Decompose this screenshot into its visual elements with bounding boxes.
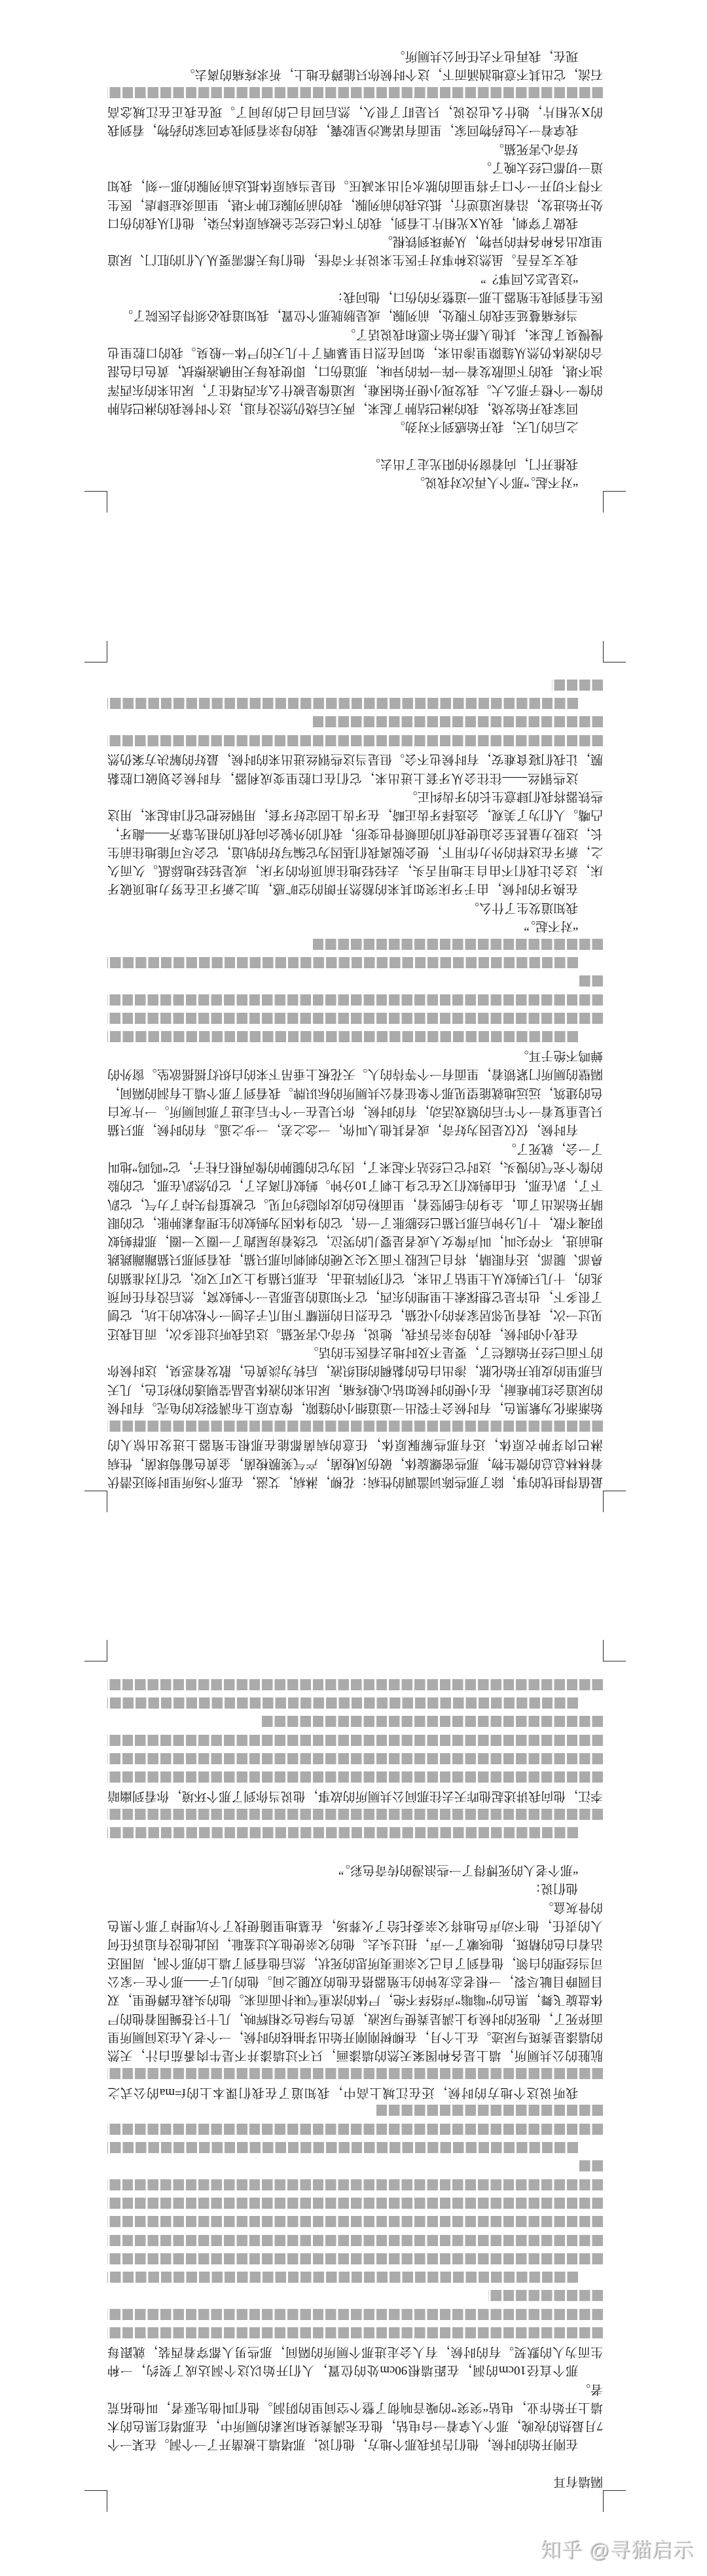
- zhihu-watermark: 知乎 @寻猫启示: [541, 2533, 694, 2563]
- redacted-line: [107, 1009, 603, 1027]
- redaction-bar: [107, 1827, 578, 1838]
- redaction-bar: [107, 1421, 603, 1432]
- text-line: 面猝死了，他死的时候身上满是粪便与尿液，黄色与绿色交相辉映，几十只苍蝇围着他的尸: [107, 2008, 603, 2027]
- redaction-bar: [311, 939, 603, 950]
- redacted-line: [107, 2194, 603, 2212]
- crop-mark-top-left: [603, 491, 626, 513]
- redaction-bar: [107, 698, 578, 709]
- redaction-bar: [107, 1771, 603, 1783]
- text-line: 蝉鸣不绝于耳。: [107, 1046, 603, 1064]
- crop-mark-top-right: [84, 491, 107, 513]
- crop-mark-bottom-right: [84, 1640, 107, 1661]
- text-line: 我拿着一大包药物回家，里面有诺氟沙星胶囊，我的母亲看到我拿回家的药物，看到我: [107, 120, 603, 139]
- text-line: “那个老人的死博得了一些浪漫的传奇色彩。”: [107, 1860, 603, 1879]
- redaction-bar: [577, 2160, 603, 2171]
- text-line: 我做了穿刺，我从X光相片上看到，我的下体已经完全被病原体污染，他们从我的伤口: [107, 213, 603, 232]
- text-line: 合的液体仍然从缝隙里渗出来，如同在烈日里暴晒了十几天的尸体一般臭。我的口腔里也: [107, 343, 603, 361]
- redacted-line: [107, 2157, 603, 2175]
- redacted-line: [107, 1823, 603, 1841]
- redacted-line: [107, 2101, 603, 2120]
- page-3-text: “对不起。”那个人再次对我说。我推开门，向着窗外的阳光走了出去。之后的几天，我开…: [107, 46, 603, 491]
- text-line: 的X光相片，她什么也没说，只是盯了很久，然后回自己的房间了。现在我正在江城念高中…: [107, 102, 603, 120]
- redacted-line: [107, 1417, 603, 1435]
- text-line: 有时候，仅仅是因为好奇，或者其他人叫你，一念之差，一步之遥。有的时候，那只猫: [107, 1120, 603, 1138]
- redaction-bar: [107, 2272, 578, 2283]
- text-line: 沾着白色的精斑，他咳嗽了一声，扭过头去。他的父亲使他太过羞耻，因此他没有追诉任何: [107, 1934, 603, 1953]
- redaction-bar: [107, 1679, 603, 1690]
- text-line: 了很多下，也许是它想探索土里埋的东西，它不知道的是那是一个蚂蚁窝，然后没有任何预: [107, 1287, 603, 1305]
- redacted-line: [107, 676, 603, 694]
- blank-line: [107, 2453, 603, 2471]
- page-2-text: 最值得担忧的事，除了那些陈词滥调的性病：花柳，淋病，艾滋，在那个场所里时刻还潜伏…: [107, 676, 603, 1491]
- redaction-bar: [107, 2142, 578, 2153]
- redacted-line: [107, 935, 603, 953]
- text-line: 肮脏的公共厕所，墙上是各种图案天然的墙漆画，只不过墙漆并不是牛肉番茄白汁，天然: [107, 2046, 603, 2064]
- redaction-bar: [577, 975, 603, 987]
- redaction-bar: [552, 680, 603, 691]
- text-line: 当疼痛蔓延至我的下腹处，前列腺，或是膀胱那个位置，我知道我必须得去医院了。: [107, 306, 603, 324]
- text-line: 隔壁的厕所门紧锁着，里面有一个等待的人。天花板上垂吊下来的白炽灯摇摇欲坠。窗外的: [107, 1064, 603, 1083]
- redaction-bar: [107, 1753, 603, 1764]
- text-line: 的尿道会红肿难耐，在小便的时候如钻心般疼痛，尿出来的液体是晶莹剔透的粉红色，几天: [107, 1379, 603, 1398]
- text-line: 的像一个橙子那么大。我发现小便开始困难，尿道像是被什么东西堵住了，尿出来的东西浑: [107, 380, 603, 398]
- text-line: “对不起。”: [107, 916, 603, 935]
- text-line: 些铁器将我们肆意生长的牙齿纠正。: [107, 787, 603, 805]
- redaction-bar: [488, 2290, 603, 2301]
- text-line: 李江，他向我讲述起他昨天去往那间公共厕所的故事，他说当你到了那个环境，你看到幽暗: [107, 1787, 603, 1805]
- text-line: 我知道发生了什么。: [107, 898, 603, 916]
- redacted-line: [107, 990, 603, 1009]
- redaction-bar: [107, 735, 603, 746]
- text-line: 7月最热的夜晚，那个人拿着一台电钻，他在充满粪臭和尿素的厕所中，在那堵红黑色的木: [107, 2416, 603, 2435]
- text-line: 长，这股力量甚至会迫使我们的面颊骨也变形，我们的外貌会向我们的祖先靠齐——龅牙，: [107, 824, 603, 842]
- redaction-bar: [107, 1809, 603, 1820]
- text-line: 浊不堪，我的下面散发着一阵一阵的异味，那道伤口，即使我每天用碘液擦拭，黄色白色混: [107, 361, 603, 380]
- redacted-line: [107, 1675, 603, 1694]
- text-line: 的下面已经开始腐烂了，要是不及时地去看医生的话。: [107, 1343, 603, 1361]
- redacted-line: [107, 953, 603, 971]
- screenshot-canvas: 隔墙有耳在刚开始的时候，他们告诉我那个地方，他们说，那堵墙上被凿开了一个洞。在某…: [0, 0, 707, 2576]
- text-line: 兆的，十几只蚂蚁从土里钻了出来，它们列阵进击，在那只猫身上又叮又咬，它们对准猫的: [107, 1268, 603, 1286]
- redacted-line: [107, 1805, 603, 1823]
- text-line: 只是重复着一个午后的嬉戏活动，有的时候，你只是在一个午后走进了那间厕所。一片灰白: [107, 1102, 603, 1120]
- redaction-bar: [107, 2309, 603, 2320]
- text-line: 处开始进发，沿着尿道逆行，抵达我的前列腺，我的前列腺红肿不堪，里面炎症肆虐，医生: [107, 194, 603, 213]
- redaction-bar: [107, 2253, 603, 2264]
- text-line: 膜，让我们寝食难安，有时候也不会。但是当这些钢丝迸出来的时候，最好的解决方案仍然: [107, 750, 603, 768]
- redaction-bar: [107, 2216, 603, 2227]
- redacted-line: [107, 1768, 603, 1786]
- redacted-line: [107, 1713, 603, 1731]
- text-line: 着林林总总的微生物，那些密螺旋体，破伤风梭菌，产气荚膜梭菌，金黄色葡萄球菌，性病: [107, 1453, 603, 1472]
- text-line: 之，新牙在这样的外力作用下，便会脱离我们基因为它编写好的轨道，它会尽可能地往前生: [107, 843, 603, 861]
- blank-line: [107, 435, 603, 454]
- text-line: 凸嘴。人们为了美观，会选择牙齿正畸，在牙齿上固定好牙套，用钢丝把它们串起来，用这: [107, 805, 603, 824]
- redaction-bar: [107, 1031, 578, 1042]
- redaction-bar: [107, 1735, 603, 1746]
- redaction-bar: [107, 2198, 603, 2209]
- text-line: 阴魂不散，十几分钟后那只猫已经膨胀了一倍，它的身体因为蚂蚁的生理毒素肿胀，它的眼: [107, 1213, 603, 1231]
- text-line: 这些钢丝——往往会从牙套上迸出来，它们在口腔里变成利器，有时候会划破口腔黏: [107, 768, 603, 786]
- text-line: 他们说：: [107, 1879, 603, 1897]
- redacted-line: [107, 713, 603, 731]
- rotated-document: 隔墙有耳在刚开始的时候，他们告诉我那个地方，他们说，那堵墙上被凿开了一个洞。在某…: [0, 0, 707, 2576]
- redaction-bar: [107, 994, 603, 1006]
- redacted-line: [107, 2305, 603, 2323]
- redaction-bar: [107, 1697, 578, 1709]
- text-line: 之后的几天，我开始感到不对劲。: [107, 417, 603, 435]
- redacted-line: [107, 694, 603, 712]
- redaction-bar: [107, 2179, 603, 2190]
- text-line: 色的建筑，远远地就能望见那个象征着公共厕所的标识牌。我看到了那个墙上有洞的隔间，: [107, 1083, 603, 1101]
- text-line: 现在，我再也不去任何公共厕所。: [107, 46, 603, 65]
- text-line: “对不起。”那个人再次对我说。: [107, 473, 603, 491]
- crop-mark-top-right: [84, 1491, 107, 1512]
- text-line: 的骨灰盒。: [107, 1898, 603, 1916]
- text-line: 了一会，就死了。: [107, 1138, 603, 1157]
- text-line: 生而为人的默契。有的时候，有人会走进那个厕所的隔间，那些男人都穿着西装，就跟每: [107, 2342, 603, 2361]
- text-line: 慢慢臭了起来，其他人都开始不愿和我说话了。: [107, 324, 603, 342]
- text-line: 下了，趴在那，任由蚂蚁们又在它身上刺了10分钟。蚂蚁们离去了，它仍然趴在那，它的…: [107, 1176, 603, 1194]
- text-line: 我听说这个地方的时候，还在江城上高中，我知道了在我们课本上的f=ma的公式之: [107, 2082, 603, 2101]
- text-line: 回家我开始发烧，我的淋巴结肿了起来，两天后烧仍然没有退，这个时候我的淋巴结肿: [107, 399, 603, 417]
- redaction-bar: [107, 2327, 603, 2338]
- text-line: 石流，它出其不意地汹涌而下，这个时候你只能蹲在地上，祈求疼痛的离去。: [107, 65, 603, 83]
- text-line: 司当经理的白领，他看到了自己父亲匪夷所思的死状，然后他看到了墙上的那个洞，周围还: [107, 1953, 603, 1971]
- text-line: 道一切都已经太晚了。: [107, 158, 603, 176]
- redacted-line: [107, 731, 603, 750]
- text-line: 鼻部、腿部，还有眼睛，将自己屁股下面又尖又硬的刺刺向那只猫，我看到那只猫蹦蹦跳跳: [107, 1250, 603, 1268]
- redacted-line: [107, 1749, 603, 1768]
- text-line: 最值得担忧的事，除了那些陈词滥调的性病：花柳，淋病，艾滋，在那个场所里时刻还潜伏: [107, 1472, 603, 1491]
- text-line: 睛开始流出了血，全身的毛倒竖着，里面粉色的皮肉隐约可见。它被蜇得失掉了力气，它趴: [107, 1194, 603, 1212]
- text-line: 淋巴肉芽肿衣原体，还有那些解脲原体，任意的病菌都能在那根生殖器上迸发出惊人的: [107, 1435, 603, 1453]
- redacted-line: [107, 1694, 603, 1712]
- redacted-line: [107, 2268, 603, 2286]
- text-line: 人的责任，他不动声色地将父亲委托给了火葬场，在墓地里随便找了个坑埋掉了那个黑色: [107, 1916, 603, 1934]
- text-line: 我推开门，向着窗外的阳光走了出去。: [107, 454, 603, 472]
- redacted-line: [107, 2213, 603, 2231]
- redaction-bar: [107, 2235, 603, 2246]
- page-1-text: 隔墙有耳在刚开始的时候，他们告诉我那个地方，他们说，那堵墙上被凿开了一个洞。在某…: [107, 1675, 603, 2490]
- redacted-line: [107, 2138, 603, 2156]
- text-line: 后那里的皮肤开始化脓，渗出白色的黏稠的组织液，后转为淡黄色，散发着恶臭，这时候你: [107, 1361, 603, 1379]
- text-line: 见过一次，我看见邻居家养的小花猫，它在烈日的照耀下用爪子去刨一个松软的土坑，它刨: [107, 1305, 603, 1324]
- text-line: 不得不切开一个口子将里面的脓水引出来减压。但是当病原体抵达前列腺的那一刻，我知: [107, 176, 603, 194]
- text-line: 地前进，不停尖叫，叫声像女人或者是婴儿的哭泣，它绕着房屋跑了一圈又一圈，那群蚂蚁: [107, 1231, 603, 1250]
- crop-mark-bottom-left: [603, 641, 626, 662]
- text-line: 里取出各种各样的异物，从弹珠到铁棍。: [107, 232, 603, 250]
- text-line: 始渐渐化为紫黑色，有时候会干裂出一道道细小的缝隙，像草原上布满裂纹的龟壳。有时候…: [107, 1398, 603, 1417]
- redaction-bar: [107, 957, 578, 968]
- text-line: 那个直径10cm的洞，在距墙根90cm处的位置，人们开始以这个洞达成了契约，一种: [107, 2361, 603, 2379]
- crop-mark-bottom-left: [603, 1640, 626, 1661]
- redaction-bar: [107, 2124, 603, 2135]
- text-line: 体盘旋飞舞，黑色的“嗡嗡”声络绎不绝，尸体的浓重气味扑面而来。他的头栽在蹲便里，…: [107, 1990, 603, 2008]
- text-line: 床，这会让我们不由自主地用舌头，去轻轻地往前顶你的牙床，或是轻轻地舔舐。久而久: [107, 861, 603, 879]
- text-line: 者。: [107, 2379, 603, 2397]
- crop-mark-top-left: [603, 2490, 626, 2512]
- blank-line: [107, 1842, 603, 1860]
- text-line: 目圆睁目眦尽裂，一根老态龙钟的生殖器搭在他的双腿之间。他的儿子——那个在一家公: [107, 1972, 603, 1990]
- text-line: 医生看到我生殖器上那一道整齐的伤口，他问我：: [107, 287, 603, 306]
- redacted-line: [107, 1731, 603, 1749]
- document-title: 隔墙有耳: [107, 2472, 603, 2490]
- text-line: 的像个充气的馒头，这时它已经站不起来了，因为它的腿肿的像两根石柱子，它“呜呜”地…: [107, 1157, 603, 1176]
- redacted-line: [107, 1028, 603, 1046]
- crop-mark-top-right: [84, 2490, 107, 2512]
- text-line: 我支支吾吾。虽然这种事对于医生来说并不奇怪，他们每天都需要从人们的肛门、尿道: [107, 250, 603, 268]
- redacted-line: [107, 2064, 603, 2082]
- redacted-line: [107, 972, 603, 990]
- text-line: 在我小的时候，我的母亲告诉我，她说，好奇心害死猫。这话我听过很多次，而且我还: [107, 1324, 603, 1342]
- redaction-bar: [107, 1013, 603, 1024]
- text-line: 的墙漆是粪斑与尿迹。在上个月，在柳树刚刚开始出芽抽枝的时候，一个老人在这间厕所里: [107, 2027, 603, 2046]
- text-line: 好奇心害死猫。: [107, 139, 603, 157]
- redaction-bar: [107, 2068, 603, 2079]
- redacted-line: [107, 2287, 603, 2305]
- redacted-line: [107, 83, 603, 101]
- redacted-line: [107, 2231, 603, 2249]
- redaction-bar: [311, 716, 603, 727]
- redaction-bar: [260, 1716, 603, 1727]
- redacted-line: [107, 2120, 603, 2138]
- redacted-line: [107, 2323, 603, 2342]
- redacted-line: [107, 2249, 603, 2268]
- redaction-bar: [107, 87, 603, 98]
- redacted-line: [107, 2175, 603, 2194]
- text-line: 在换牙的时候，由于牙床突如其来的豁然开朗的空旷感，加之新牙正在努力地顶破牙: [107, 879, 603, 898]
- redaction-bar: [374, 2105, 603, 2116]
- text-line: 墙上开始作业，电钻“突突”的噪音响彻了整个空间里的阴洞。他们叫他先驱者，叫他拓荒: [107, 2398, 603, 2416]
- text-line: 在刚开始的时候，他们告诉我那个地方，他们说，那堵墙上被凿开了一个洞。在某一个: [107, 2435, 603, 2453]
- text-line: “这是怎么回事？”: [107, 268, 603, 287]
- crop-mark-bottom-right: [84, 641, 107, 662]
- crop-mark-top-left: [603, 1491, 626, 1512]
